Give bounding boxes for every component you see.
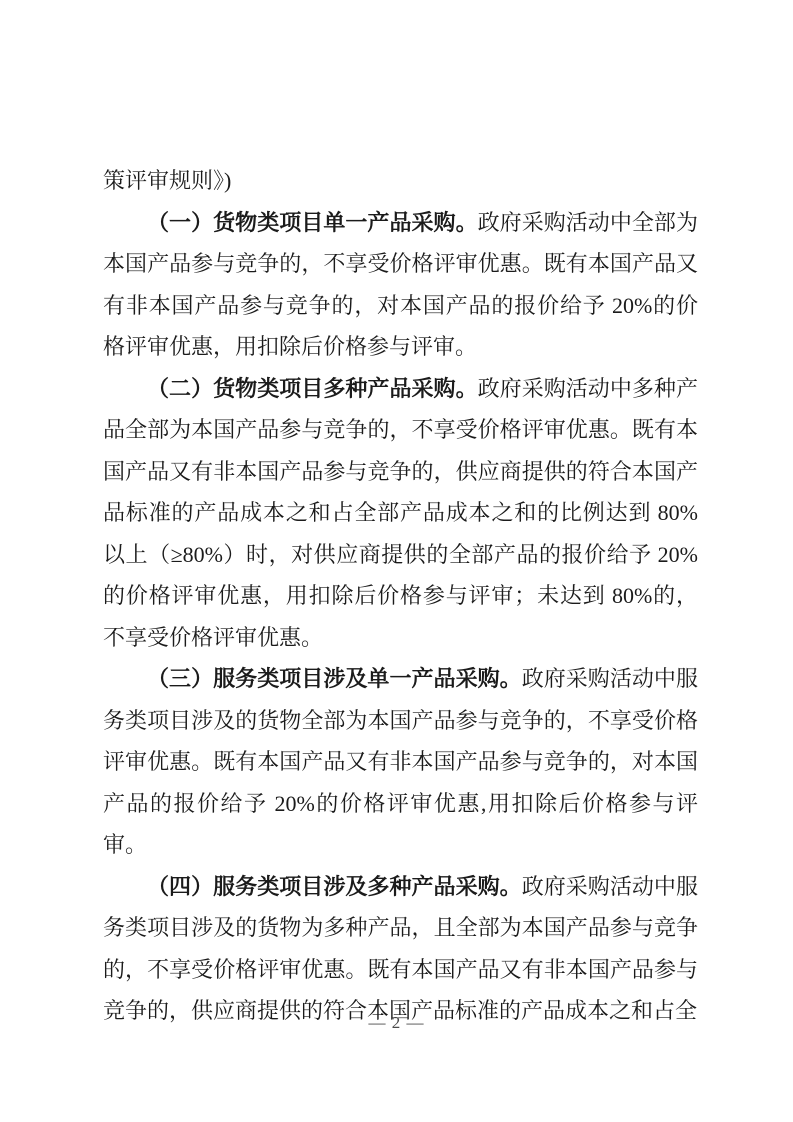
paragraph-item-2: （二）货物类项目多种产品采购。政府采购活动中多种产品全部为本国产品参与竞争的，不… <box>103 368 698 659</box>
paragraph-tail-line: 策评审规则》) <box>103 160 698 202</box>
paragraph-text: 政府采购活动中多种产品全部为本国产品参与竞争的，不享受价格评审优惠。既有本国产品… <box>103 376 698 650</box>
document-body: 策评审规则》) （一）货物类项目单一产品采购。政府采购活动中全部为本国产品参与竞… <box>103 160 698 1032</box>
document-page: 策评审规则》) （一）货物类项目单一产品采购。政府采购活动中全部为本国产品参与竞… <box>0 0 793 1122</box>
paragraph-heading: （四）服务类项目涉及多种产品采购。 <box>147 874 522 899</box>
paragraph-heading: （三）服务类项目涉及单一产品采购。 <box>147 666 522 691</box>
paragraph-item-1: （一）货物类项目单一产品采购。政府采购活动中全部为本国产品参与竞争的，不享受价格… <box>103 202 698 368</box>
paragraph-text: 政府采购活动中服务类项目涉及的货物全部为本国产品参与竞争的，不享受价格评审优惠。… <box>103 666 698 857</box>
paragraph-heading: （二）货物类项目多种产品采购。 <box>147 376 478 401</box>
paragraph-item-4: （四）服务类项目涉及多种产品采购。政府采购活动中服务类项目涉及的货物为多种产品，… <box>103 866 698 1032</box>
paragraph-item-3: （三）服务类项目涉及单一产品采购。政府采购活动中服务类项目涉及的货物全部为本国产… <box>103 658 698 866</box>
paragraph-heading: （一）货物类项目单一产品采购。 <box>147 210 478 235</box>
page-number: — 2 — <box>0 1013 793 1033</box>
